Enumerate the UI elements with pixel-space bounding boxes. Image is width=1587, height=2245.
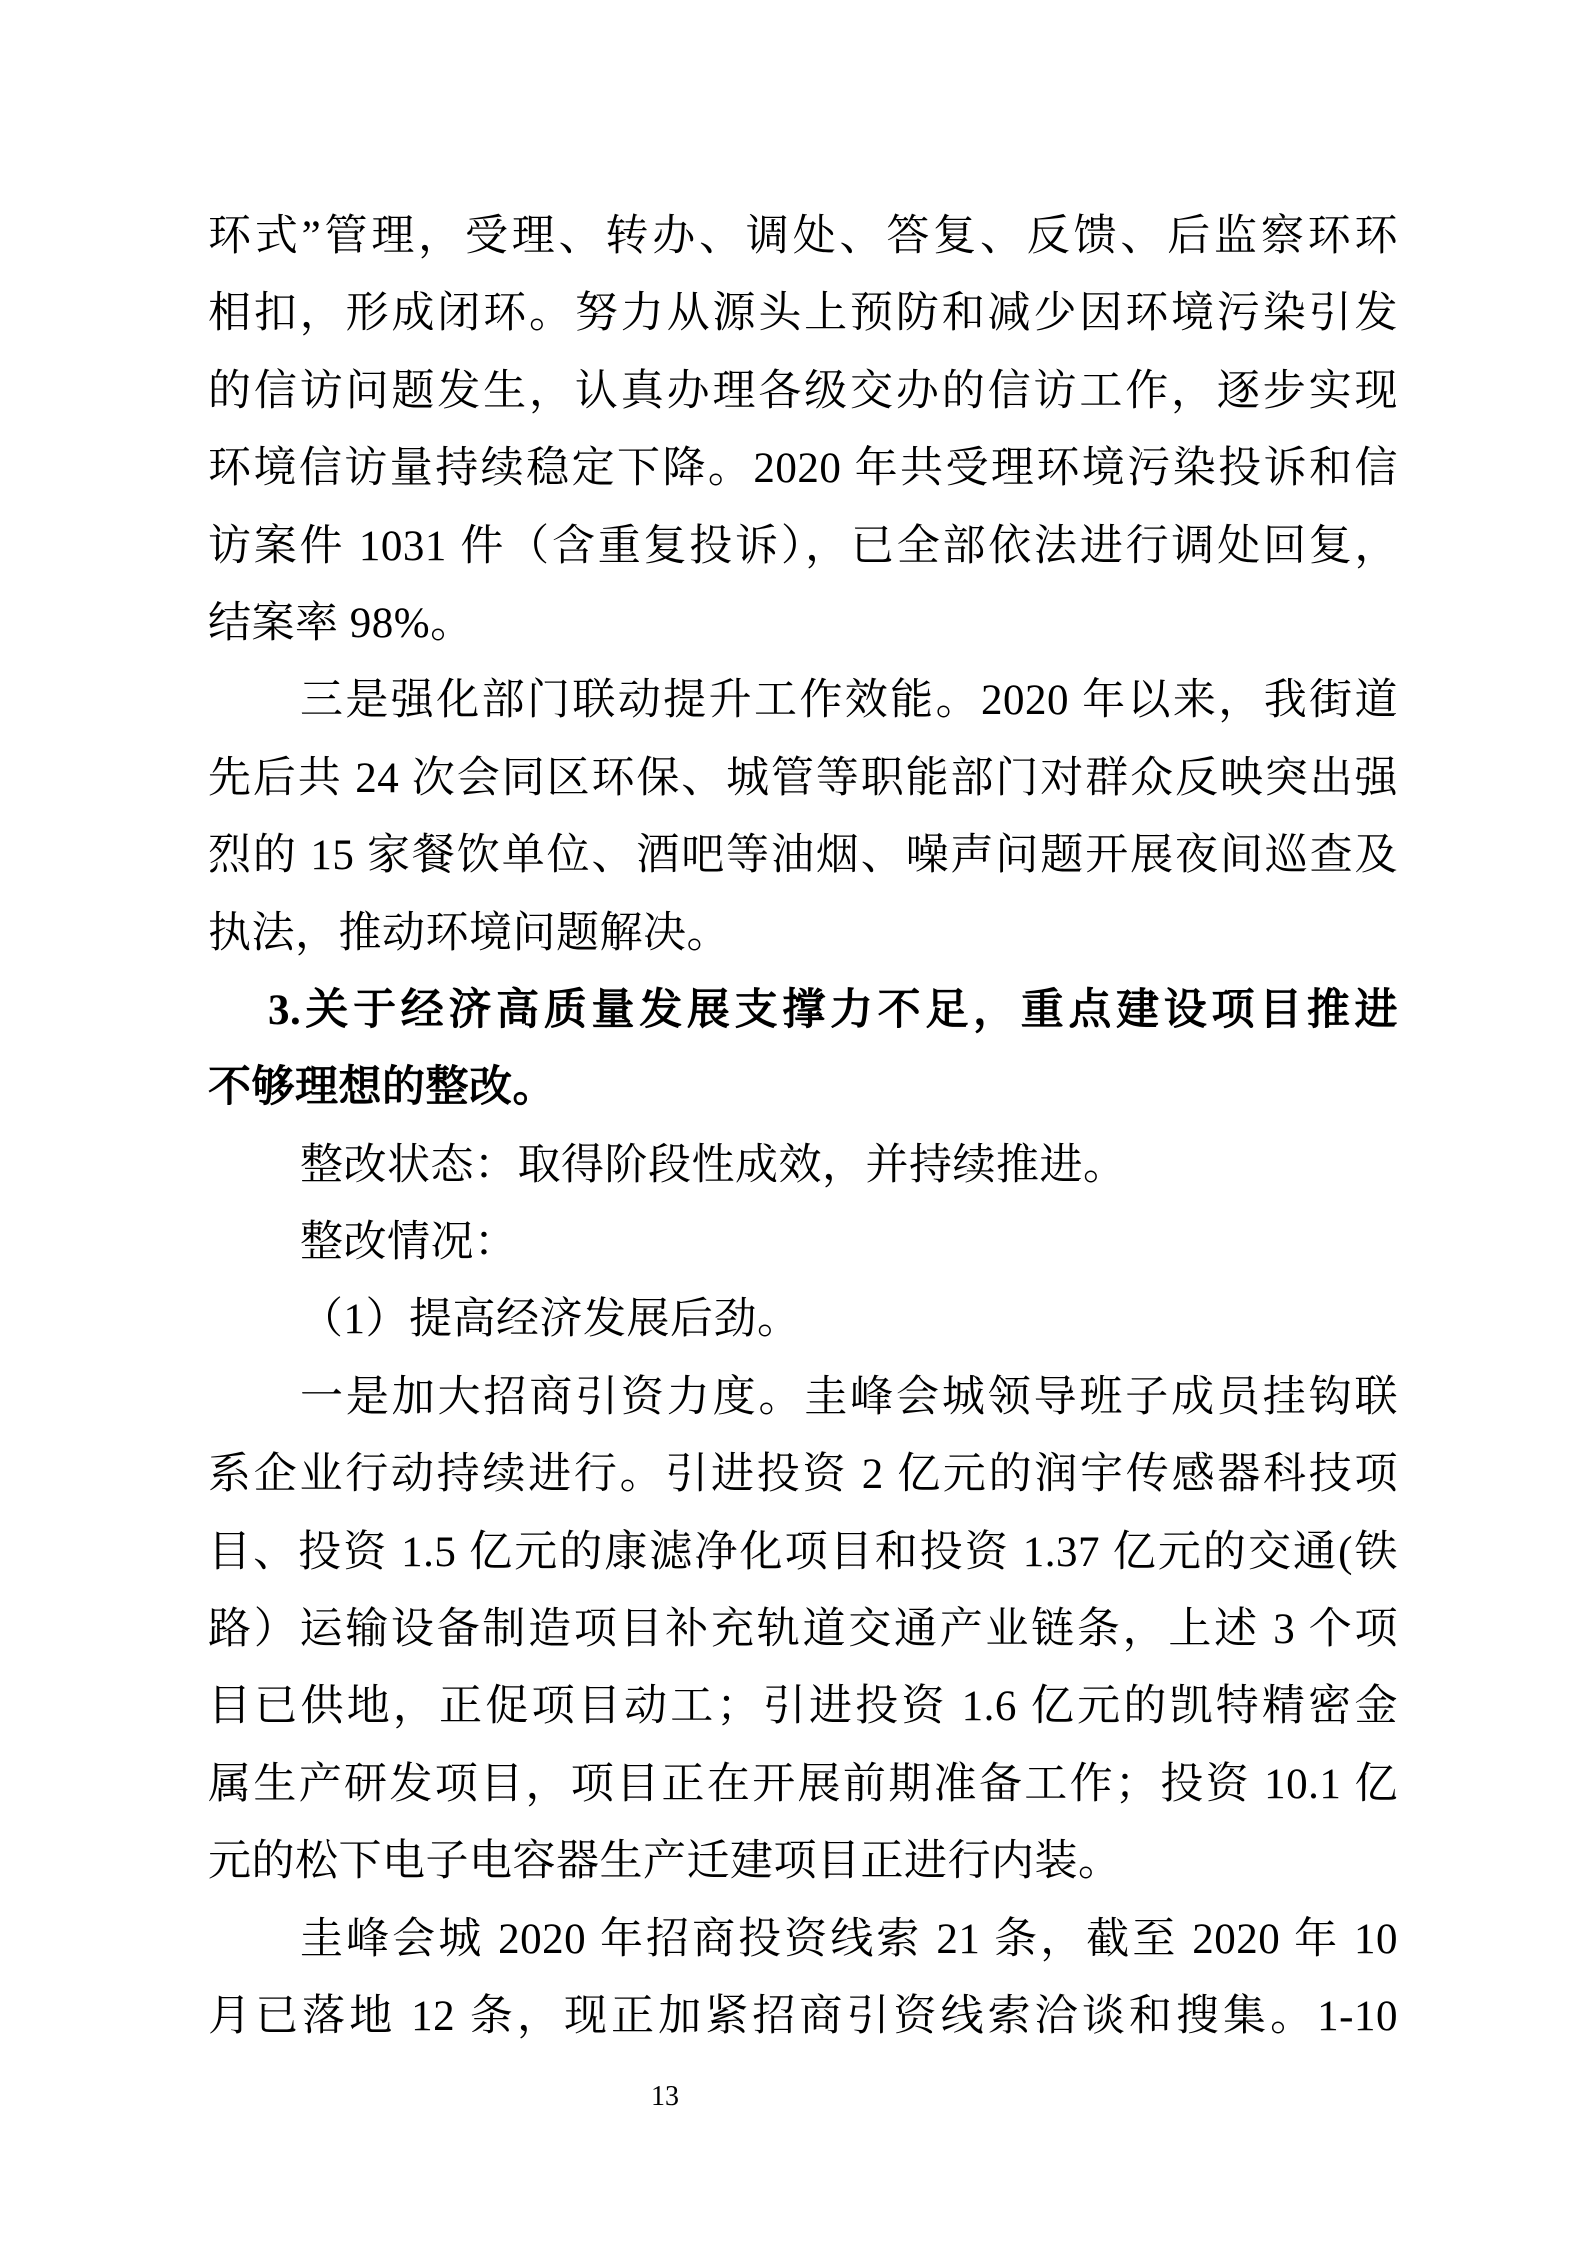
document-body: 环式”管理，受理、转办、调处、答复、反馈、后监察环环 相扣，形成闭环。努力从源头… — [208, 198, 1398, 2055]
text-line: 属生产研发项目，项目正在开展前期准备工作；投资 10.1 亿 — [208, 1746, 1398, 1823]
text-line: 目、投资 1.5 亿元的康滤净化项目和投资 1.37 亿元的交通(铁 — [208, 1514, 1398, 1591]
text-line: 相扣，形成闭环。努力从源头上预防和减少因环境污染引发 — [208, 275, 1398, 352]
text-line: 路）运输设备制造项目补充轨道交通产业链条，上述 3 个项 — [208, 1591, 1398, 1668]
text-line: 先后共 24 次会同区环保、城管等职能部门对群众反映突出强 — [208, 740, 1398, 817]
document-page: 环式”管理，受理、转办、调处、答复、反馈、后监察环环 相扣，形成闭环。努力从源头… — [0, 0, 1587, 2245]
text-line: 访案件 1031 件（含重复投诉），已全部依法进行调处回复， — [208, 508, 1398, 585]
section-heading-line: 不够理想的整改。 — [208, 1049, 1398, 1126]
text-line: 环境信访量持续稳定下降。2020 年共受理环境污染投诉和信 — [208, 430, 1398, 507]
text-line: 整改状态：取得阶段性成效，并持续推进。 — [208, 1127, 1398, 1204]
text-line: 的信访问题发生，认真办理各级交办的信访工作，逐步实现 — [208, 353, 1398, 430]
text-line: （1）提高经济发展后劲。 — [208, 1281, 1398, 1358]
text-line: 结案率 98%。 — [208, 585, 1398, 662]
text-line: 烈的 15 家餐饮单位、酒吧等油烟、噪声问题开展夜间巡查及 — [208, 817, 1398, 894]
page-number: 13 — [651, 2082, 679, 2112]
text-line: 三是强化部门联动提升工作效能。2020 年以来，我街道 — [208, 662, 1398, 739]
text-line: 目已供地，正促项目动工；引进投资 1.6 亿元的凯特精密金 — [208, 1668, 1398, 1745]
text-line: 圭峰会城 2020 年招商投资线索 21 条，截至 2020 年 10 — [208, 1901, 1398, 1978]
text-line: 执法，推动环境问题解决。 — [208, 895, 1398, 972]
text-line: 整改情况： — [208, 1204, 1398, 1281]
text-line: 月已落地 12 条，现正加紧招商引资线索洽谈和搜集。1-10 — [208, 1978, 1398, 2055]
text-line: 元的松下电子电容器生产迁建项目正进行内装。 — [208, 1823, 1398, 1900]
text-line: 一是加大招商引资力度。圭峰会城领导班子成员挂钩联 — [208, 1359, 1398, 1436]
text-line: 系企业行动持续进行。引进投资 2 亿元的润宇传感器科技项 — [208, 1436, 1398, 1513]
text-line: 环式”管理，受理、转办、调处、答复、反馈、后监察环环 — [208, 198, 1398, 275]
section-heading-line: 3.关于经济高质量发展支撑力不足，重点建设项目推进 — [208, 972, 1398, 1049]
